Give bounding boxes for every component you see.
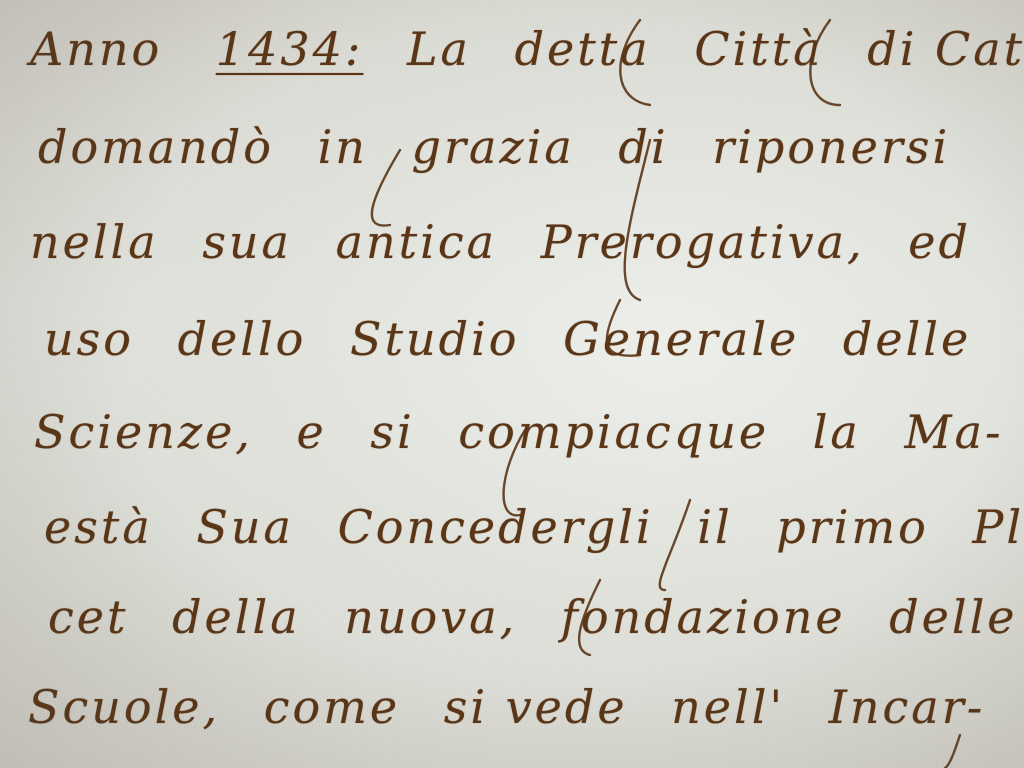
word-uso: uso: [44, 312, 134, 366]
word-come: come: [264, 680, 400, 734]
word-citta: Città: [694, 22, 823, 76]
word-generale: Generale: [563, 312, 799, 366]
manuscript-line-1: Anno 1434: La detta Città di Catania: [30, 22, 1024, 76]
manuscript-line-8: Scuole, come si vede nell' Incar-: [28, 680, 1011, 734]
manuscript-line-2: domandò in grazia di riponersi: [38, 120, 976, 174]
word-cet: cet: [48, 590, 128, 644]
word-la: La: [407, 22, 471, 76]
word-year: 1434:: [216, 22, 364, 76]
word-di-catania: di Catania: [867, 22, 1024, 76]
word-compiacque: compiacque: [458, 405, 769, 459]
word-ed: ed: [908, 215, 971, 269]
word-di: di: [618, 120, 668, 174]
manuscript-line-4: uso dello Studio Generale delle: [44, 312, 997, 366]
word-delle: delle: [843, 312, 971, 366]
word-incar: Incar-: [829, 680, 986, 734]
word-fondazione: fondazione: [561, 590, 846, 644]
word-scuole: Scuole,: [28, 680, 220, 734]
word-anno: Anno: [30, 22, 162, 76]
word-riponersi: riponersi: [712, 120, 950, 174]
word-si-vede: si vede: [444, 680, 628, 734]
manuscript-line-7: cet della nuova, fondazione delle: [48, 590, 1024, 644]
word-detta: detta: [515, 22, 651, 76]
photo-vignette: [0, 0, 1024, 768]
word-nuova: nuova,: [344, 590, 517, 644]
word-in: in: [318, 120, 368, 174]
ink-flourishes: [0, 0, 1024, 768]
word-della: della: [172, 590, 301, 644]
word-prerogativa: Prerogativa,: [541, 215, 865, 269]
word-nell: nell': [671, 680, 785, 734]
word-domando: domandò: [38, 120, 274, 174]
word-ma: Ma-: [904, 405, 1003, 459]
word-dello: dello: [178, 312, 307, 366]
manuscript-line-5: Scienze, e si compiacque la Ma-: [34, 405, 1024, 459]
word-delle: delle: [889, 590, 1017, 644]
word-pla: Pla-: [972, 500, 1024, 554]
word-grazia: grazia: [412, 120, 575, 174]
word-primo: primo: [776, 500, 928, 554]
word-studio: Studio: [350, 312, 519, 366]
word-la: la: [813, 405, 861, 459]
word-e: e: [297, 405, 327, 459]
word-nella: nella: [30, 215, 159, 269]
word-sua: sua: [202, 215, 292, 269]
word-antica: antica: [336, 215, 497, 269]
word-scienze: Scienze,: [34, 405, 253, 459]
manuscript-line-3: nella sua antica Prerogativa, ed: [30, 215, 997, 269]
manuscript-line-6: està Sua Concedergli il primo Pla-: [44, 500, 1024, 554]
word-il: il: [697, 500, 732, 554]
word-sua: Sua: [196, 500, 294, 554]
word-esta: està: [44, 500, 153, 554]
manuscript-page: Anno 1434: La detta Città di Catania dom…: [0, 0, 1024, 768]
word-concedergli: Concedergli: [338, 500, 654, 554]
word-si: si: [370, 405, 414, 459]
